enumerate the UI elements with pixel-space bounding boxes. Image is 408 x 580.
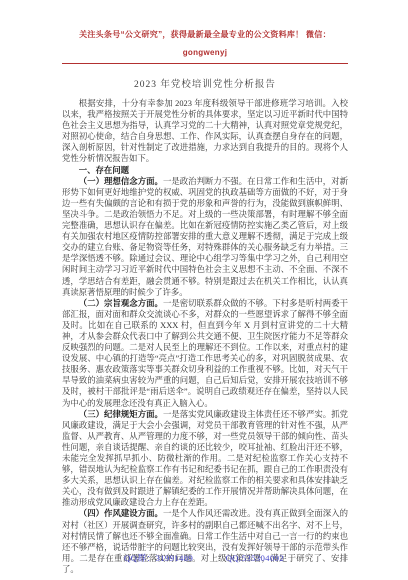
qq-group-number: QQ群：31991489 bbox=[124, 553, 193, 563]
contact-footer: QQ群：31991489 QQ:535304092 bbox=[0, 551, 408, 564]
section-heading-problems: 一、存在问题 bbox=[62, 165, 348, 176]
promo-banner: 关注头条号“公文研究”，获得最新最全最专业的公文资料库！ 微信：gongweny… bbox=[62, 24, 348, 64]
paragraph-lead: （四）作风建设方面。 bbox=[79, 508, 163, 518]
paragraph-text: 一是政治判断力不强。在日常工作和生活中，对新形势下如何更好地维护党的权威、巩固党… bbox=[62, 177, 348, 297]
paragraph-lead: （一）理想信念方面。 bbox=[79, 176, 163, 186]
document-body: 根据安排，十分有幸参加 2023 年度科级领导干部进修班学习培训。入校以来，我严… bbox=[62, 98, 348, 575]
paragraph-text: 一是落实党风廉政建设主体责任还不够严实。抓党风廉政建设，满足于大会小会强调，对党… bbox=[62, 410, 348, 508]
paragraph-lead: （二）宗旨观念方面。 bbox=[79, 298, 163, 308]
paragraph-text: 一是密切联系群众做的不够。下村多是听村两委干部汇报，面对面和群众交流谈心不多，对… bbox=[62, 299, 348, 408]
paragraph-purpose-concept: （二）宗旨观念方面。一是密切联系群众做的不够。下村多是听村两委干部汇报，面对面和… bbox=[62, 298, 348, 409]
paragraph-text: 根据安排，十分有幸参加 2023 年度科级领导干部进修班学习培训。入校以来，我严… bbox=[62, 99, 348, 163]
paragraph-text: 一是个人作风还需改进。没有真正做到全面深入的对村（社区）开展调查研究，许多村的副… bbox=[62, 509, 348, 573]
document-page: 关注头条号“公文研究”，获得最新最全最专业的公文资料库！ 微信：gongweny… bbox=[0, 0, 408, 580]
promo-banner-text: 关注头条号“公文研究”，获得最新最全最专业的公文资料库！ 微信：gongweny… bbox=[79, 30, 331, 57]
paragraph-discipline-rules: （三）纪律规矩方面。一是落实党风廉政建设主体责任还不够严实。抓党风廉政建设，满足… bbox=[62, 409, 348, 509]
qq-number: QQ:535304092 bbox=[226, 553, 284, 563]
paragraph-lead: （三）纪律规矩方面。 bbox=[79, 409, 163, 419]
paragraph-work-style: （四）作风建设方面。一是个人作风还需改进。没有真正做到全面深入的对村（社区）开展… bbox=[62, 508, 348, 575]
paragraph-intro: 根据安排，十分有幸参加 2023 年度科级领导干部进修班学习培训。入校以来，我严… bbox=[62, 98, 348, 165]
paragraph-ideals-beliefs: （一）理想信念方面。一是政治判断力不强。在日常工作和生活中，对新形势下如何更好地… bbox=[62, 176, 348, 298]
document-title: 2023 年党校培训党性分析报告 bbox=[62, 76, 348, 90]
paragraph-lead: 一、存在问题 bbox=[79, 165, 129, 175]
